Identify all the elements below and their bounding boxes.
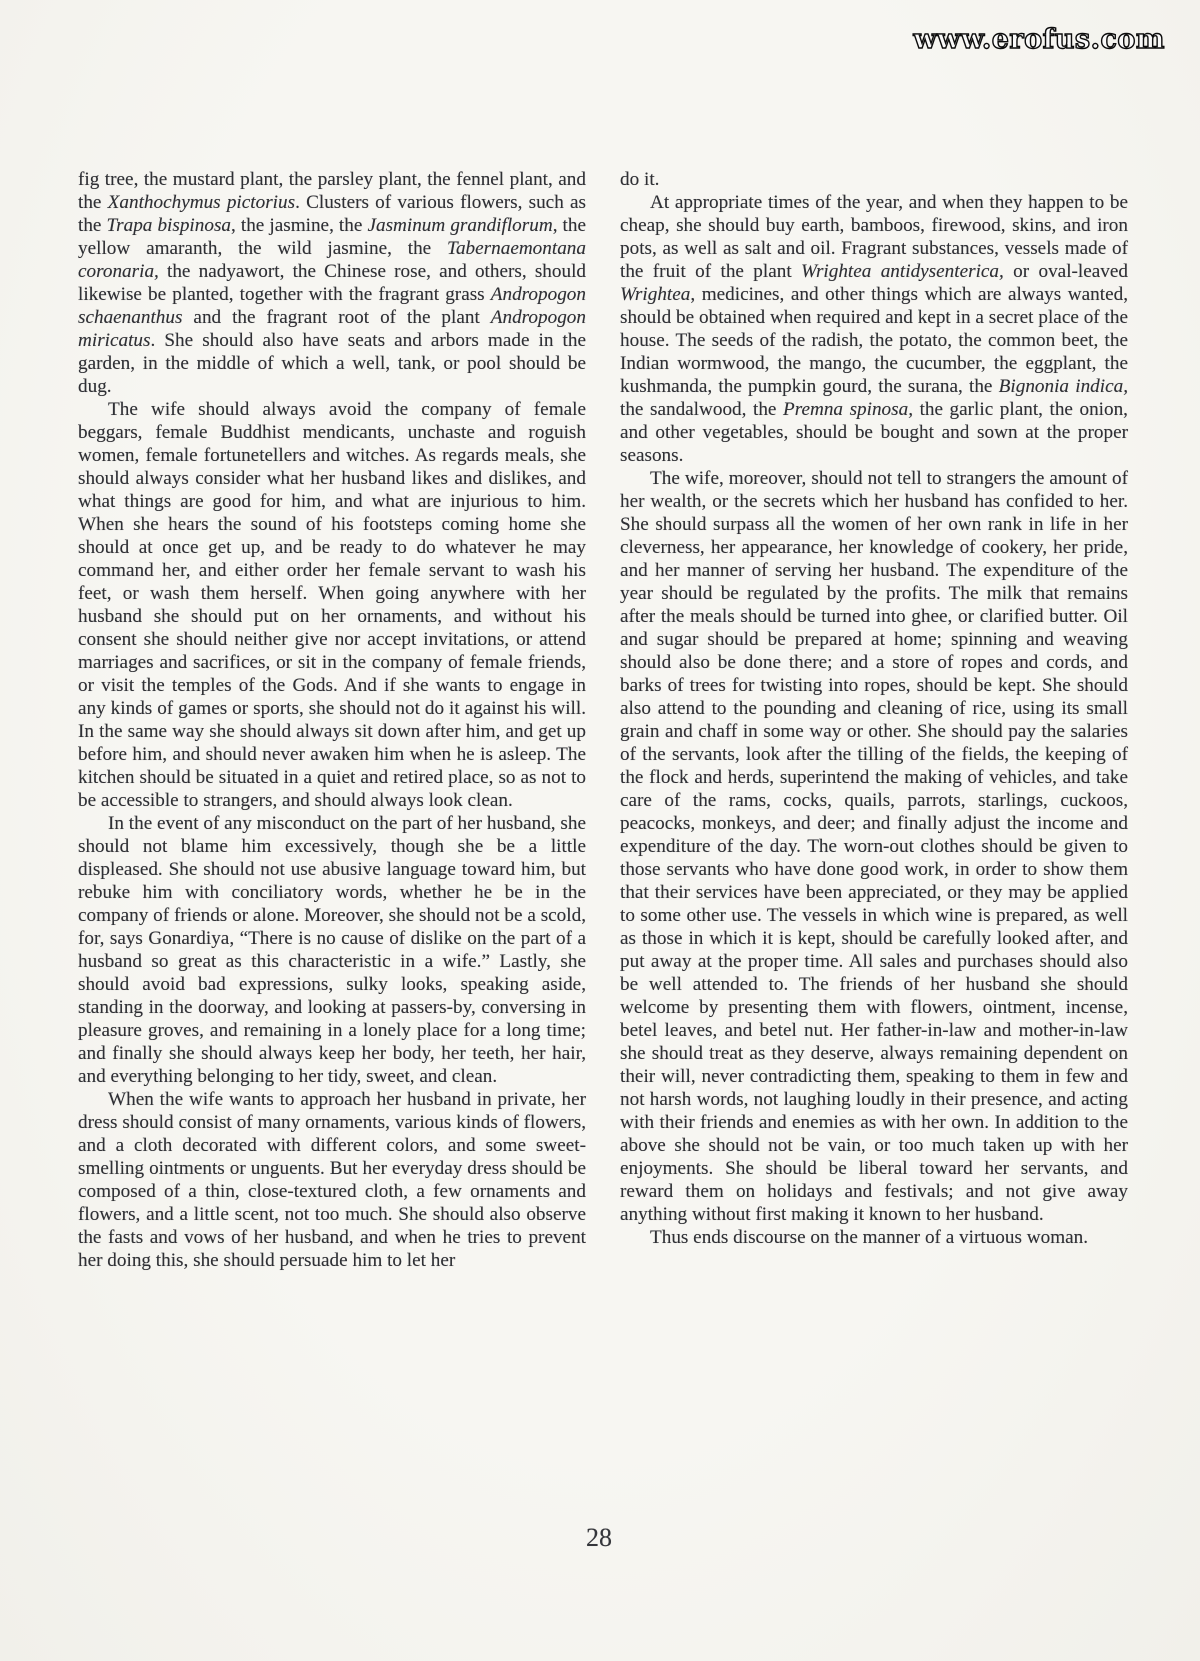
paragraph: The wife should always avoid the company… bbox=[78, 398, 586, 812]
paragraph: When the wife wants to approach her husb… bbox=[78, 1088, 586, 1272]
paragraph: do it. bbox=[620, 168, 1128, 191]
scanned-book-page: www.erofus.com fig tree, the mustard pla… bbox=[0, 0, 1200, 1661]
page-number: 28 bbox=[0, 1521, 1198, 1555]
paragraph: Thus ends discourse on the manner of a v… bbox=[620, 1226, 1128, 1249]
paragraph: fig tree, the mustard plant, the parsley… bbox=[78, 168, 586, 398]
watermark-text: www.erofus.com bbox=[913, 24, 1165, 55]
paragraph: In the event of any misconduct on the pa… bbox=[78, 812, 586, 1088]
left-text-column: fig tree, the mustard plant, the parsley… bbox=[78, 168, 586, 1272]
right-text-column: do it.At appropriate times of the year, … bbox=[620, 168, 1128, 1272]
paragraph: At appropriate times of the year, and wh… bbox=[620, 191, 1128, 467]
two-column-text-block: fig tree, the mustard plant, the parsley… bbox=[78, 168, 1128, 1272]
paragraph: The wife, moreover, should not tell to s… bbox=[620, 467, 1128, 1226]
